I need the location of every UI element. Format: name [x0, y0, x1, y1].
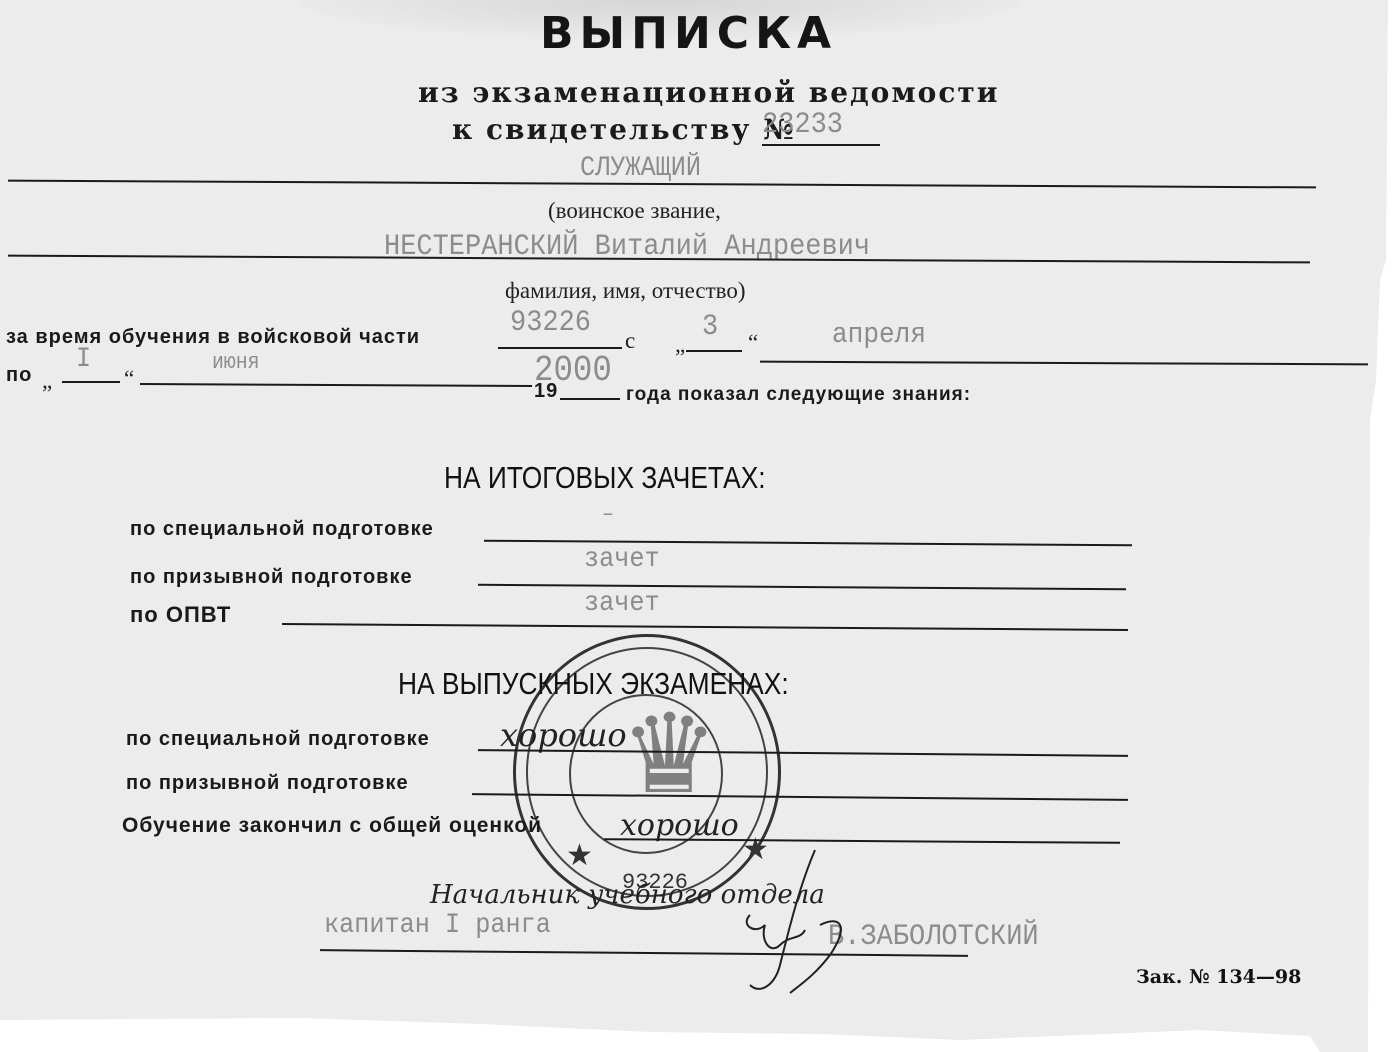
- exam-label-special: по специальной подготовке: [126, 728, 430, 751]
- double-headed-eagle-icon: ♛: [620, 690, 719, 818]
- certificate-number-line: [762, 144, 880, 146]
- credit-value-special: –: [602, 502, 614, 527]
- period-prefix: за время обучения в войсковой части: [6, 326, 420, 349]
- credit-value-conscription: зачет: [584, 544, 660, 575]
- final-credits-heading: НА ИТОГОВЫХ ЗАЧЕТАХ:: [444, 460, 766, 496]
- signatory-rank: капитан I ранга: [324, 910, 551, 941]
- document-subtitle: из экзаменационной ведомости: [418, 76, 1000, 109]
- unit-number-line: [498, 347, 622, 349]
- document-title: ВЫПИСКА: [540, 8, 837, 59]
- overall-grade-label: Обучение закончил с общей оценкой: [122, 814, 542, 838]
- to-day-line: [62, 381, 120, 383]
- year-value: 2000: [534, 350, 612, 391]
- rank-value: СЛУЖАЩИЙ: [580, 153, 701, 184]
- from-day-line: [686, 350, 742, 352]
- name-label: фамилия, имя, отчество): [505, 278, 746, 304]
- to-close-quote: “: [124, 366, 134, 392]
- order-number: Зак. № 134—98: [1136, 966, 1301, 988]
- unit-number: 93226: [510, 306, 591, 340]
- final-exams-heading: НА ВЫПУСКНЫХ ЭКЗАМЕНАХ:: [398, 666, 789, 702]
- exam-value-special: хорошо: [500, 716, 627, 754]
- from-open-quote: „: [675, 332, 685, 358]
- to-month: июня: [212, 350, 260, 375]
- from-close-quote: “: [748, 330, 758, 356]
- credit-label-special: по специальной подготовке: [130, 518, 434, 541]
- handwritten-signature-icon: [720, 845, 860, 995]
- certificate-label: к свидетельству №: [452, 113, 796, 146]
- rank-label: (воинское звание,: [548, 198, 721, 224]
- certificate-number: 23233: [762, 108, 843, 142]
- year-line: [560, 398, 620, 400]
- star-icon: ★: [566, 838, 593, 873]
- from-month: апреля: [832, 318, 926, 351]
- credit-label-opvt: по ОПВТ: [130, 602, 231, 628]
- period-suffix: года показал следующие знания:: [626, 384, 971, 406]
- credit-value-opvt: зачет: [584, 588, 660, 619]
- credit-label-conscription: по призывной подготовке: [130, 566, 413, 589]
- from-day: 3: [702, 310, 718, 344]
- exam-label-conscription: по призывной подготовке: [126, 772, 409, 795]
- from-label: с: [625, 328, 635, 354]
- to-open-quote: „: [42, 368, 52, 394]
- to-day: I: [76, 344, 91, 375]
- to-label: по: [6, 364, 32, 387]
